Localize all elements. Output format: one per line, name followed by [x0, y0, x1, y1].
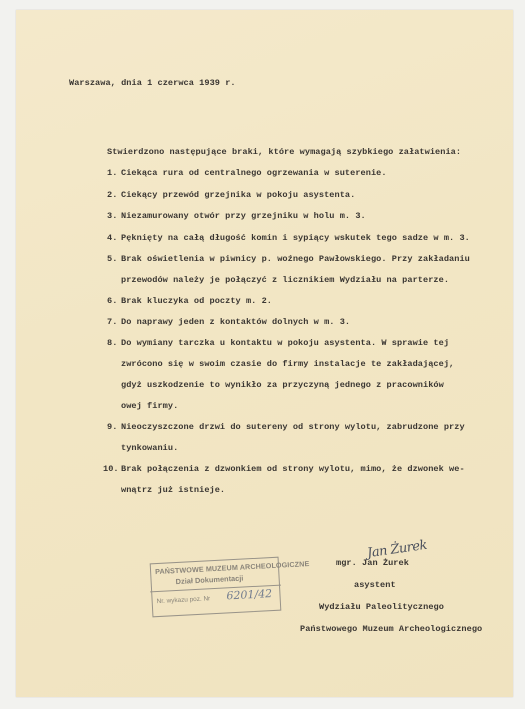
- place-date: Warszawa, dnia 1 czerwca 1939 r.: [69, 78, 236, 88]
- item-number: 3.: [107, 211, 121, 221]
- item-number: 1.: [107, 168, 121, 178]
- item-number: 6.: [107, 296, 121, 306]
- item-number: 2.: [107, 190, 121, 200]
- item-number: 8.: [107, 338, 121, 348]
- list-item: 7.Do naprawy jeden z kontaktów dolnych w…: [107, 317, 350, 327]
- archive-stamp: PAŃSTWOWE MUZEUM ARCHEOLOGICZNE Dział Do…: [150, 557, 282, 618]
- signatory-department: Wydziału Paleolitycznego: [319, 602, 444, 612]
- item-continuation: gdyż uszkodzenie to wynikło za przyczyną…: [121, 380, 444, 390]
- list-item: 10.Brak połączenia z dzwonkiem od strony…: [103, 464, 465, 474]
- signatory-title: asystent: [354, 580, 396, 590]
- item-number: 4.: [107, 233, 121, 243]
- item-continuation: zwrócono się w swoim czasie do firmy ins…: [121, 359, 454, 369]
- item-continuation: wnątrz już istnieje.: [121, 485, 225, 495]
- item-number: 9.: [107, 422, 121, 432]
- item-text: Nieoczyszczone drzwi do sutereny od stro…: [121, 422, 465, 432]
- signatory-name: mgr. Jan Żurek: [336, 558, 409, 568]
- stamp-register-number: 6201/42: [226, 587, 272, 602]
- stamp-register-label: Nr. wykazu poz. Nr: [157, 595, 211, 605]
- list-item: 5.Brak oświetlenia w piwnicy p. woźnego …: [107, 254, 470, 264]
- item-text: Do wymiany tarczka u kontaktu w pokoju a…: [121, 338, 449, 348]
- stamp-department: Dział Dokumentacji: [175, 574, 243, 587]
- list-item: 4.Pęknięty na całą długość komin i sypią…: [107, 233, 470, 243]
- item-text: Do naprawy jeden z kontaktów dolnych w m…: [121, 317, 350, 327]
- item-continuation: przewodów należy je połączyć z licznikie…: [121, 275, 449, 285]
- item-number: 5.: [107, 254, 121, 264]
- item-text: Brak połączenia z dzwonkiem od strony wy…: [121, 464, 465, 474]
- list-item: 6.Brak kluczyka od poczty m. 2.: [107, 296, 272, 306]
- item-continuation: tynkowaniu.: [121, 443, 178, 453]
- list-item: 3.Niezamurowany otwór przy grzejniku w h…: [107, 211, 366, 221]
- list-item: 9.Nieoczyszczone drzwi do sutereny od st…: [107, 422, 465, 432]
- list-item: 2.Ciekący przewód grzejnika w pokoju asy…: [107, 190, 355, 200]
- item-number: 10.: [103, 464, 119, 474]
- signatory-institution: Państwowego Muzeum Archeologicznego: [300, 624, 482, 634]
- list-item: 1.Ciekąca rura od centralnego ogrzewania…: [107, 168, 387, 178]
- item-text: Pęknięty na całą długość komin i sypiący…: [121, 233, 470, 243]
- item-text: Brak oświetlenia w piwnicy p. woźnego Pa…: [121, 254, 470, 264]
- intro-text: Stwierdzono następujące braki, które wym…: [107, 147, 461, 157]
- item-continuation: owej firmy.: [121, 401, 178, 411]
- list-item: 8.Do wymiany tarczka u kontaktu w pokoju…: [107, 338, 449, 348]
- item-number: 7.: [107, 317, 121, 327]
- item-text: Ciekący przewód grzejnika w pokoju asyst…: [121, 190, 355, 200]
- item-text: Niezamurowany otwór przy grzejniku w hol…: [121, 211, 366, 221]
- item-text: Brak kluczyka od poczty m. 2.: [121, 296, 272, 306]
- item-text: Ciekąca rura od centralnego ogrzewania w…: [121, 168, 387, 178]
